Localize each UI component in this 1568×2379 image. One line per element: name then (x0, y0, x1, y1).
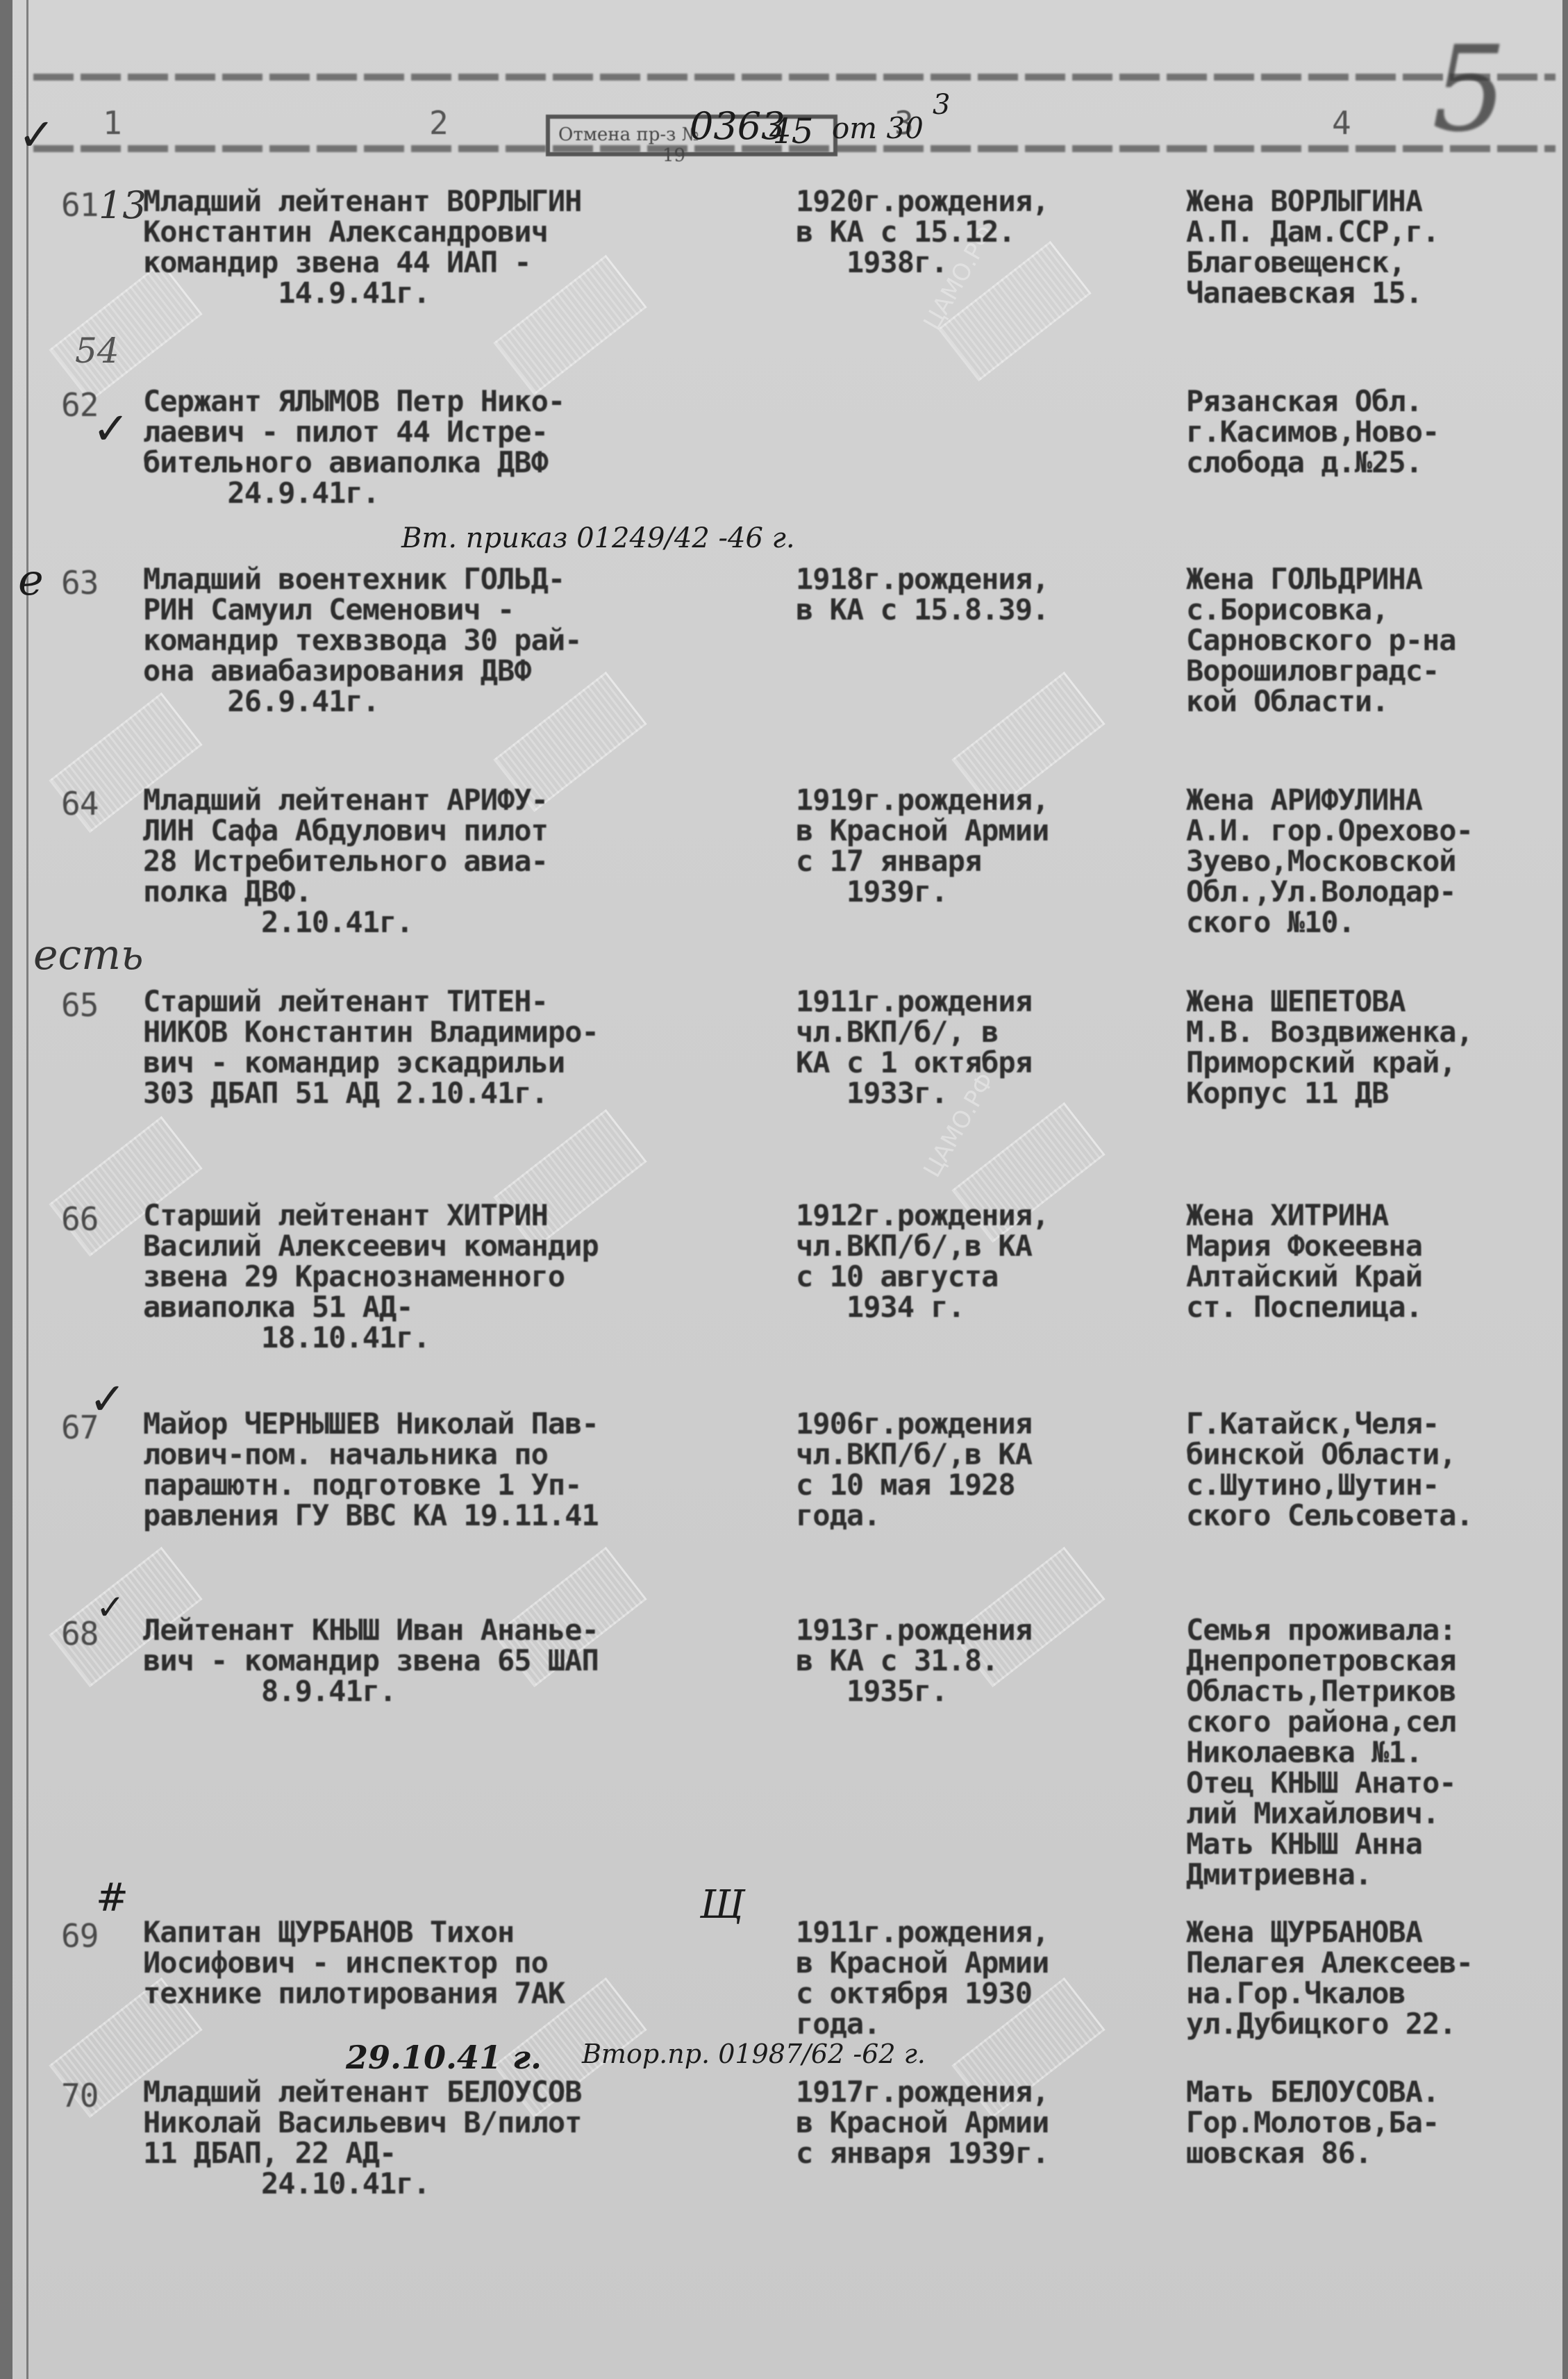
person-description: Старший лейтенант ТИТЕН- НИКОВ Константи… (143, 986, 775, 1109)
handwritten-order-note: Вт. приказ 01249/42 -46 г. (401, 522, 795, 554)
stamp-label: Отмена пр-з № (558, 124, 699, 145)
person-description: Младший лейтенант ВОРЛЫГИН Константин Ал… (143, 186, 775, 308)
entry-number: 65 (61, 986, 98, 1024)
margin-note: 54 (75, 331, 119, 371)
family-address: Жена ШЕПЕТОВА М.В. Воздвиженка, Приморск… (1186, 986, 1561, 1109)
stamp-handwritten-year: 45 (769, 111, 814, 151)
entry-number: 70 (61, 2077, 98, 2114)
entry-number: 67 (61, 1409, 98, 1446)
entry-number: 68 (61, 1615, 98, 1652)
birth-service-info: 1918г.рождения, в КА с 15.8.39. (796, 564, 1185, 625)
margin-note: е (18, 554, 44, 605)
person-description: Младший воентехник ГОЛЬД- РИН Самуил Сем… (143, 564, 775, 717)
family-address: Жена ВОРЛЫГИНА А.П. Дам.ССР,г. Благовеще… (1186, 186, 1561, 308)
family-address: Г.Катайск,Челя- бинской Области, с.Шутин… (1186, 1409, 1561, 1531)
entry-number: 66 (61, 1200, 98, 1238)
column-number-4: 4 (1332, 104, 1351, 142)
handwritten-order-note: Втор.пр. 01987/62 -62 г. (582, 2039, 926, 2069)
stamp-year-prefix: 19 (662, 145, 685, 166)
checkmark-icon: ✓ (96, 1587, 125, 1627)
margin-note: 13 (99, 183, 147, 227)
person-description: Младший лейтенант БЕЛОУСОВ Николай Васил… (143, 2077, 775, 2199)
person-description: Младший лейтенант АРИФУ- ЛИН Сафа Абдуло… (143, 785, 775, 938)
person-description: Капитан ЩУРБАНОВ Тихон Иосифович - инспе… (143, 1917, 775, 2009)
birth-service-info: 1920г.рождения, в КА с 15.12. 1938г. (796, 186, 1185, 278)
family-address: Жена ЩУРБАНОВА Пелагея Алексеев- на.Гор.… (1186, 1917, 1561, 2039)
margin-note: # (96, 1875, 128, 1921)
family-address: Мать БЕЛОУСОВА. Гор.Молотов,Ба- шовская … (1186, 2077, 1561, 2169)
family-address: Семья проживала: Днепропетровская Област… (1186, 1615, 1561, 1890)
person-description: Майор ЧЕРНЫШЕВ Николай Пав- лович-пом. н… (143, 1409, 775, 1531)
checkmark-icon: ✓ (18, 110, 56, 161)
person-description: Старший лейтенант ХИТРИН Василий Алексее… (143, 1200, 775, 1353)
entry-number: 62 (61, 386, 98, 424)
family-address: Жена ХИТРИНА Мария Фокеевна Алтайский Кр… (1186, 1200, 1561, 1323)
person-description: Лейтенант КНЫШ Иван Ананье- вич - команд… (143, 1615, 775, 1707)
birth-service-info: 1912г.рождения, чл.ВКП/б/,в КА с 10 авгу… (796, 1200, 1185, 1323)
margin-note: есть (33, 931, 144, 979)
handwritten-date: 29.10.41 г. (346, 2039, 542, 2076)
stamp-handwritten-extra: от 30 (832, 111, 924, 145)
birth-service-info: 1906г.рождения чл.ВКП/б/,в КА с 10 мая 1… (796, 1409, 1185, 1531)
birth-service-info: 1911г.рождения чл.ВКП/б/, в КА с 1 октяб… (796, 986, 1185, 1109)
page-number: 5 (1432, 21, 1507, 158)
entry-number: 64 (61, 785, 98, 822)
birth-service-info: 1917г.рождения, в Красной Армии с января… (796, 2077, 1185, 2169)
entry-number: 63 (61, 564, 98, 602)
person-description: Сержант ЯЛЫМОВ Петр Нико- лаевич - пилот… (143, 386, 775, 508)
entry-number: 61 (61, 186, 98, 224)
birth-service-info: 1913г.рождения в КА с 31.8. 1935г. (796, 1615, 1185, 1707)
birth-service-info: 1911г.рождения, в Красной Армии с октябр… (796, 1917, 1185, 2039)
family-address: Жена ГОЛЬДРИНА с.Борисовка, Сарновского … (1186, 564, 1561, 717)
top-right-mark: 3 (933, 89, 950, 121)
family-address: Жена АРИФУЛИНА А.И. гор.Орехово- Зуево,М… (1186, 785, 1561, 938)
header-rule-top (33, 74, 1556, 81)
birth-service-info: 1919г.рождения, в Красной Армии с 17 янв… (796, 785, 1185, 907)
entry-number: 69 (61, 1917, 98, 1955)
column-number-2: 2 (429, 104, 449, 142)
family-address: Рязанская Обл. г.Касимов,Ново- слобода д… (1186, 386, 1561, 478)
column-number-1: 1 (103, 104, 122, 142)
archival-document-page: 1 2 3 4 Отмена пр-з № 19 0363 45 от 30 3… (12, 0, 1562, 2379)
